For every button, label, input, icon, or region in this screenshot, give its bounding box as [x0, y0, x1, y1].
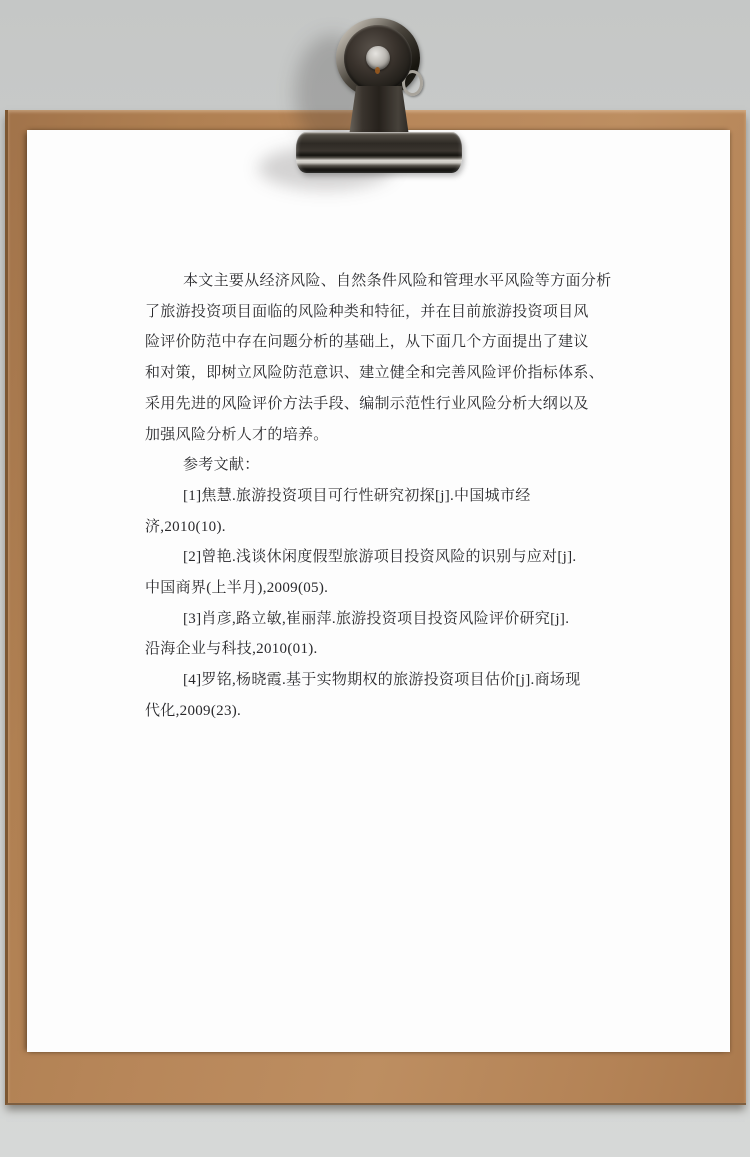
text-line: 中国商界(上半月),2009(05).: [145, 573, 611, 604]
text-line: 代化,2009(23).: [145, 696, 611, 727]
document-text: 本文主要从经济风险、自然条件风险和管理水平风险等方面分析了旅游投资项目面临的风险…: [145, 266, 611, 727]
text-line: 了旅游投资项目面临的风险种类和特征，并在目前旅游投资项目风: [145, 297, 611, 328]
text-line: [2]曾艳.浅谈休闲度假型旅游项目投资风险的识别与应对[j].: [145, 542, 611, 573]
text-line: [4]罗铭,杨晓霞.基于实物期权的旅游投资项目估价[j].商场现: [145, 665, 611, 696]
text-line: 和对策，即树立风险防范意识、建立健全和完善风险评价指标体系、: [145, 358, 611, 389]
text-line: 险评价防范中存在问题分析的基础上，从下面几个方面提出了建议: [145, 327, 611, 358]
text-line: 采用先进的风险评价方法手段、编制示范性行业风险分析大纲以及: [145, 389, 611, 420]
clip-neck: [349, 86, 409, 136]
text-line: 济,2010(10).: [145, 512, 611, 543]
text-line: 加强风险分析人才的培养。: [145, 420, 611, 451]
clip-glint: [375, 67, 380, 74]
clip-bar: [296, 132, 462, 173]
text-line: 沿海企业与科技,2010(01).: [145, 634, 611, 665]
text-line: [1]焦慧.旅游投资项目可行性研究初探[j].中国城市经: [145, 481, 611, 512]
text-line: [3]肖彦,路立敏,崔丽萍.旅游投资项目投资风险评价研究[j].: [145, 604, 611, 635]
text-line: 本文主要从经济风险、自然条件风险和管理水平风险等方面分析: [145, 266, 611, 297]
text-line: 参考文献：: [145, 450, 611, 481]
